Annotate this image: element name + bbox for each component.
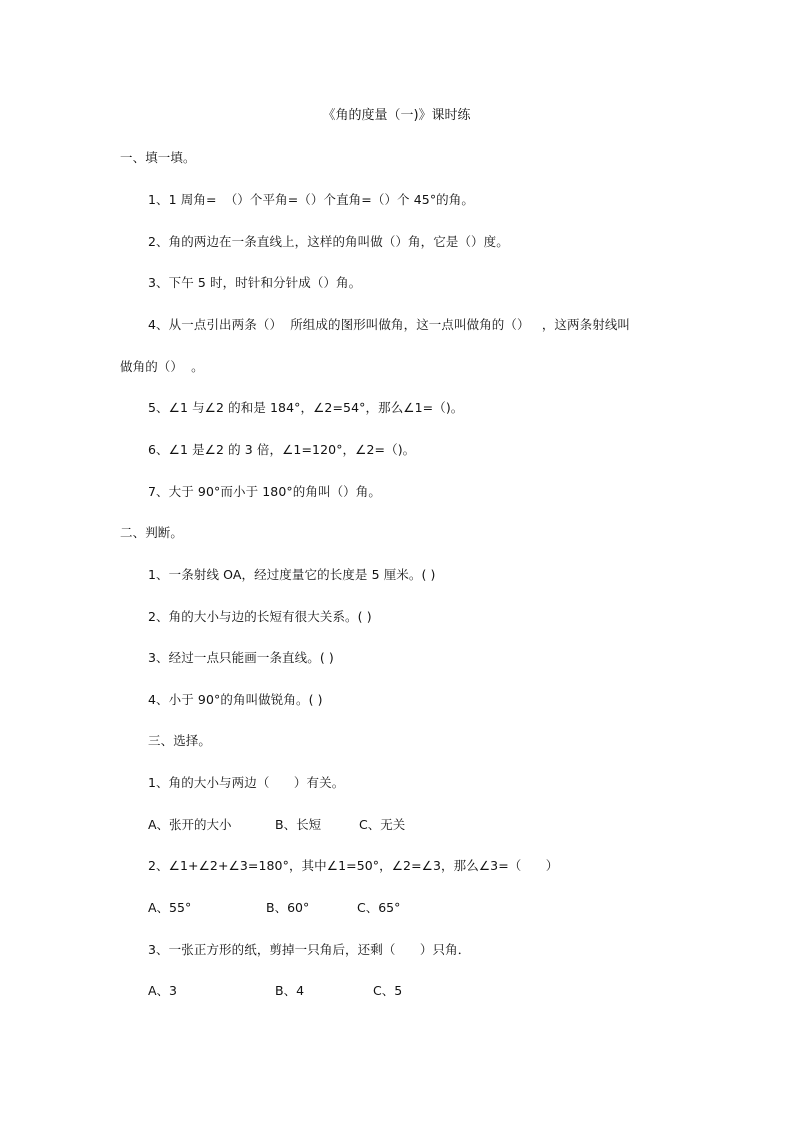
choice-question-1: 1、角的大小与两边（ ）有关。 — [148, 775, 344, 791]
document-page: 《角的度量（一)》课时练 一、填一填。 1、1 周角= （）个平角=（）个直角=… — [0, 0, 793, 1122]
section-heading-choice: 三、选择。 — [148, 733, 211, 749]
fill-in-item-4-continued: 做角的（） 。 — [120, 359, 204, 375]
choice-3-option-a: A、3 — [148, 983, 177, 999]
fill-in-item-4: 4、从一点引出两条（） 所组成的图形叫做角，这一点叫做角的（） ，这两条射线叫 — [148, 317, 630, 333]
choice-3-option-b: B、4 — [275, 983, 304, 999]
fill-in-item-7: 7、大于 90°而小于 180°的角叫（）角。 — [148, 484, 381, 500]
choice-1-option-a: A、张开的大小 — [148, 817, 232, 833]
judge-item-2: 2、角的大小与边的长短有很大关系。( ) — [148, 609, 372, 625]
choice-1-option-b: B、长短 — [275, 817, 321, 833]
section-heading-judge: 二、判断。 — [120, 525, 183, 541]
choice-2-option-c: C、65° — [357, 900, 400, 916]
choice-2-option-b: B、60° — [266, 900, 309, 916]
fill-in-item-1: 1、1 周角= （）个平角=（）个直角=（）个 45°的角。 — [148, 192, 474, 208]
choice-question-3: 3、一张正方形的纸，剪掉一只角后，还剩（ ）只角． — [148, 942, 470, 958]
choice-1-option-c: C、无关 — [359, 817, 405, 833]
choice-question-2: 2、∠1+∠2+∠3=180°，其中∠1=50°，∠2=∠3，那么∠3=（ ） — [148, 858, 558, 874]
choice-3-option-c: C、5 — [373, 983, 402, 999]
fill-in-item-6: 6、∠1 是∠2 的 3 倍，∠1=120°，∠2=（)。 — [148, 442, 415, 458]
judge-item-4: 4、小于 90°的角叫做锐角。( ) — [148, 692, 323, 708]
choice-2-option-a: A、55° — [148, 900, 191, 916]
fill-in-item-3: 3、下午 5 时，时针和分针成（）角。 — [148, 275, 361, 291]
document-title: 《角的度量（一)》课时练 — [0, 108, 793, 124]
judge-item-3: 3、经过一点只能画一条直线。( ) — [148, 650, 334, 666]
fill-in-item-2: 2、角的两边在一条直线上，这样的角叫做（）角，它是（）度。 — [148, 234, 509, 250]
judge-item-1: 1、一条射线 OA，经过度量它的长度是 5 厘米。( ) — [148, 567, 436, 583]
fill-in-item-5: 5、∠1 与∠2 的和是 184°，∠2=54°，那么∠1=（)。 — [148, 400, 463, 416]
section-heading-fill-in: 一、填一填。 — [120, 150, 196, 166]
